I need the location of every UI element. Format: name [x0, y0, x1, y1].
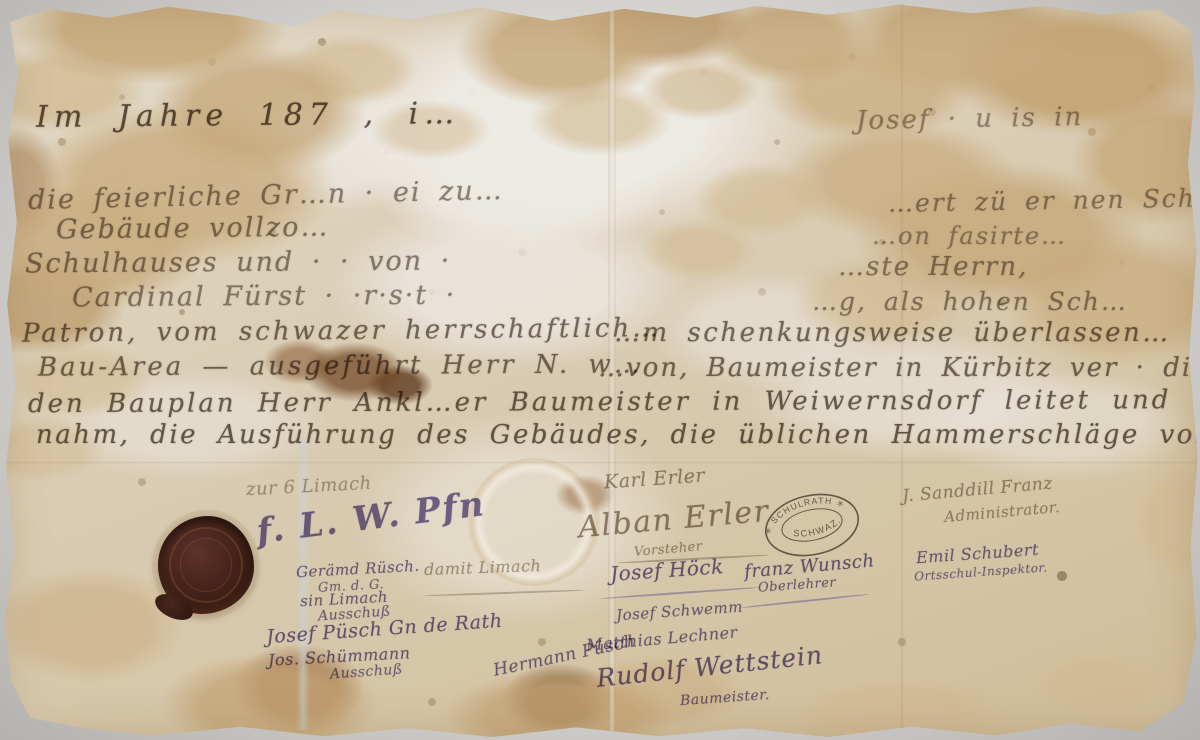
line-7-left: Bau-Area — ausgeführt Herr N. w…: [38, 349, 643, 382]
speckle-dots: [0, 0, 4, 4]
photo-backdrop: Im Jahre 187 , i… Josef · u is in die fe…: [0, 0, 1200, 740]
line-2-right: …ert zü er nen Sch…: [888, 183, 1200, 218]
stamp-text-bottom: SCHWAZ.: [790, 514, 845, 542]
line-6-right: …m schenkungsweise überlassen…: [614, 318, 1171, 348]
line-6-left: Patron, vom schwazer herrschaftlich…: [22, 313, 661, 349]
svg-text:SCHWAZ.: SCHWAZ.: [790, 514, 845, 542]
line-8: den Bauplan Herr Ankl…er Baumeister in W…: [28, 385, 1200, 419]
line-year: Im Jahre 187 , i…: [36, 96, 460, 135]
line-9: nahm, die Ausführung des Gebäudes, die ü…: [36, 420, 1200, 450]
line-3-right: …on fasirte…: [872, 222, 1067, 250]
line-5-left: Cardinal Fürst · ·r·s·t ·: [72, 280, 457, 314]
document-paper: Im Jahre 187 , i… Josef · u is in die fe…: [0, 0, 1200, 740]
line-4-right: …ste Herrn,: [838, 252, 1028, 282]
line-7-right: …von, Baumeister in Kürbitz ver · die: [598, 353, 1200, 383]
line-4-left: Schulhauses und · · von ·: [25, 246, 451, 280]
line-3-left: Gebäude vollzo…: [56, 212, 330, 246]
line-5-right: …g, als hohen Sch…: [812, 287, 1128, 316]
wax-seal-inner-ring: [180, 538, 232, 592]
line-year-right-fragment: Josef · u is in: [856, 102, 1084, 136]
